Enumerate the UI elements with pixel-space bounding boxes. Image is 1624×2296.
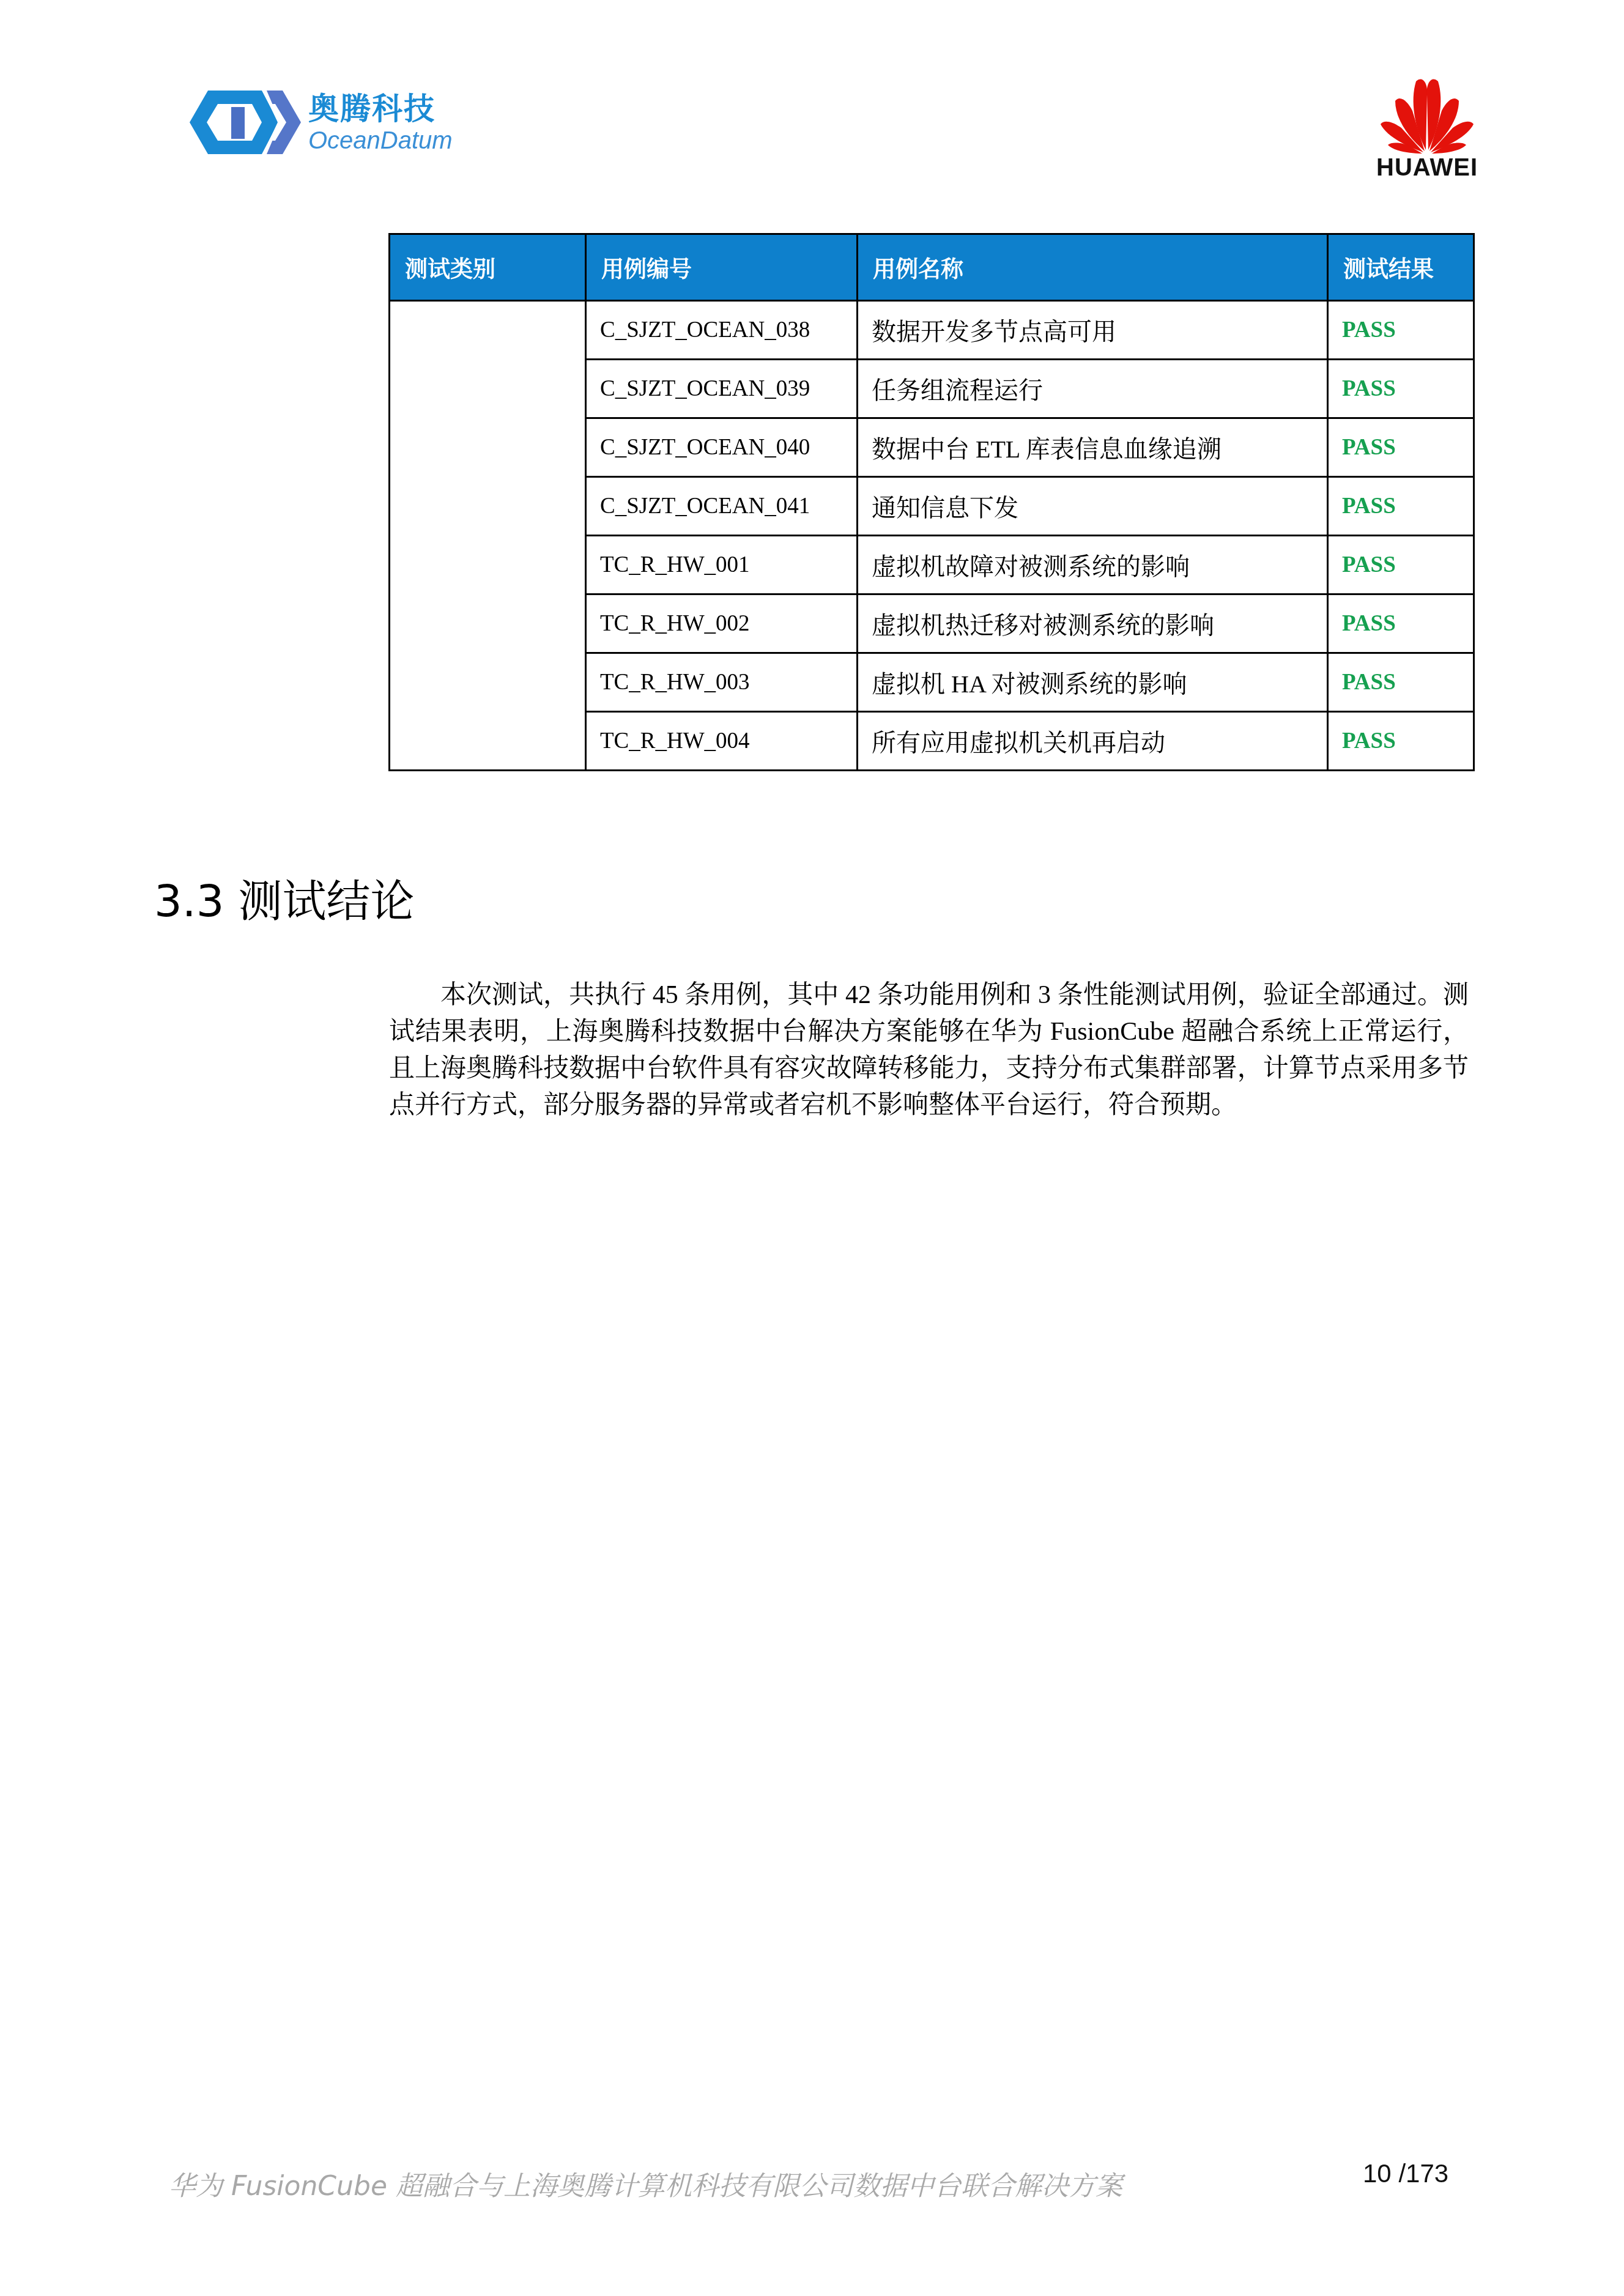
result-cell: PASS <box>1328 594 1474 653</box>
result-cell: PASS <box>1328 418 1474 477</box>
logo-name-en: OceanDatum <box>308 127 453 154</box>
conclusion-paragraph: 本次测试，共执行 45 条用例，其中 42 条功能用例和 3 条性能测试用例，验… <box>389 977 1469 1124</box>
case-name-cell: 虚拟机故障对被测系统的影响 <box>858 536 1328 594</box>
column-header-case-id: 用例编号 <box>586 234 858 301</box>
huawei-wordmark: HUAWEI <box>1363 154 1491 182</box>
case-name-cell: 数据开发多节点高可用 <box>858 301 1328 360</box>
result-cell: PASS <box>1328 712 1474 771</box>
column-header-case-name: 用例名称 <box>858 234 1328 301</box>
category-cell <box>390 301 586 771</box>
case-name-cell: 所有应用虚拟机关机再启动 <box>858 712 1328 771</box>
case-id-cell: TC_R_HW_004 <box>586 712 858 771</box>
result-cell: PASS <box>1328 477 1474 536</box>
result-cell: PASS <box>1328 653 1474 712</box>
case-id-cell: TC_R_HW_001 <box>586 536 858 594</box>
oceandatum-logo-icon <box>184 86 306 159</box>
logo-name-cn: 奥腾科技 <box>308 91 453 127</box>
case-id-cell: C_SJZT_OCEAN_039 <box>586 360 858 418</box>
case-id-cell: TC_R_HW_003 <box>586 653 858 712</box>
case-id-cell: C_SJZT_OCEAN_040 <box>586 418 858 477</box>
case-name-cell: 任务组流程运行 <box>858 360 1328 418</box>
result-cell: PASS <box>1328 536 1474 594</box>
footer-document-title: 华为 FusionCube 超融合与上海奥腾计算机科技有限公司数据中台联合解决方… <box>169 2164 1122 2203</box>
result-cell: PASS <box>1328 360 1474 418</box>
section-heading: 3.3 测试结论 <box>154 865 414 929</box>
oceandatum-logo: 奥腾科技 OceanDatum <box>184 83 465 162</box>
page-number: 10 /173 <box>1363 2159 1448 2188</box>
column-header-category: 测试类别 <box>390 234 586 301</box>
result-cell: PASS <box>1328 301 1474 360</box>
case-name-cell: 数据中台 ETL 库表信息血缘追溯 <box>858 418 1328 477</box>
table-row: C_SJZT_OCEAN_038 数据开发多节点高可用 PASS <box>390 301 1474 360</box>
case-id-cell: C_SJZT_OCEAN_041 <box>586 477 858 536</box>
case-id-cell: TC_R_HW_002 <box>586 594 858 653</box>
case-name-cell: 通知信息下发 <box>858 477 1328 536</box>
column-header-result: 测试结果 <box>1328 234 1474 301</box>
huawei-logo-icon <box>1372 70 1482 156</box>
case-id-cell: C_SJZT_OCEAN_038 <box>586 301 858 360</box>
test-results-table: 测试类别 用例编号 用例名称 测试结果 C_SJZT_OCEAN_038 数据开… <box>388 233 1475 771</box>
case-name-cell: 虚拟机热迁移对被测系统的影响 <box>858 594 1328 653</box>
huawei-logo: HUAWEI <box>1363 70 1491 187</box>
case-name-cell: 虚拟机 HA 对被测系统的影响 <box>858 653 1328 712</box>
table-header-row: 测试类别 用例编号 用例名称 测试结果 <box>390 234 1474 301</box>
